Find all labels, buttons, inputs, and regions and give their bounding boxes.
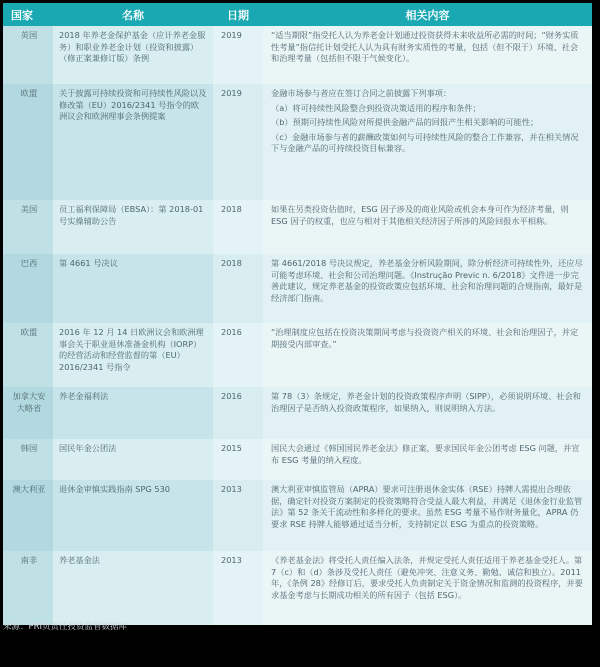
- header-country: 国家: [3, 3, 53, 26]
- cell-name: 关于披露可持续投资和可持续性风险以及修改第（EU）2016/2341 号指令的欧…: [53, 84, 213, 200]
- cell-content: 国民大会通过《韩国国民养老金法》修正案，要求国民年金公团考虑 ESG 问题，并宣…: [263, 439, 592, 480]
- table-row: 南非 养老基金法 2013 《养老基金法》将受托人责任编入法条，并规定受托人责任…: [3, 551, 592, 625]
- cell-country: 美国: [3, 200, 53, 254]
- cell-country: 加拿大安大略省: [3, 387, 53, 439]
- cell-date: 2018: [213, 200, 263, 254]
- table-header: 国家 名称 日期 相关内容: [3, 3, 592, 26]
- cell-date: 2016: [213, 323, 263, 387]
- cell-name: 2018 年养老金保护基金（应计养老金服务）和职业养老金计划（投资和披露）（修正…: [53, 26, 213, 84]
- cell-content: 如果在另类投资估值时，ESG 因子涉及的商业风险或机会本身可作为经济考量，则 E…: [263, 200, 592, 254]
- cell-content: 《养老基金法》将受托人责任编入法条，并规定受托人责任适用于养老基金受托人。第 7…: [263, 551, 592, 625]
- cell-name: 退休金审慎实践指南 SPG 530: [53, 480, 213, 551]
- table-row: 巴西 第 4661 号决议 2018 第 4661/2018 号决议规定，养老基…: [3, 254, 592, 323]
- cell-country: 南非: [3, 551, 53, 625]
- table-row: 澳大利亚 退休金审慎实践指南 SPG 530 2013 澳大利亚审慎监管局（AP…: [3, 480, 592, 551]
- cell-date: 2018: [213, 254, 263, 323]
- header-date: 日期: [213, 3, 263, 26]
- cell-content: 第 78（3）条规定，养老金计划的投资政策程序声明（SIPP），必须说明环境、社…: [263, 387, 592, 439]
- source-note: 来源：PRI负责任投资监管数据库: [3, 620, 127, 632]
- cell-name: 第 4661 号决议: [53, 254, 213, 323]
- cell-date: 2016: [213, 387, 263, 439]
- cell-name: 国民年金公团法: [53, 439, 213, 480]
- header-content: 相关内容: [263, 3, 592, 26]
- cell-country: 欧盟: [3, 84, 53, 200]
- table-row: 韩国 国民年金公团法 2015 国民大会通过《韩国国民养老金法》修正案，要求国民…: [3, 439, 592, 480]
- table-row: 美国 员工福利保障局（EBSA）：第 2018-01 号实操辅助公告 2018 …: [3, 200, 592, 254]
- cell-content: 金融市场参与者应在签订合同之前披露下列事项： （a）将可持续性风险整合到投资决策…: [263, 84, 592, 200]
- table-row: 欧盟 2016 年 12 月 14 日欧洲议会和欧洲理事会关于职业退休准备金机构…: [3, 323, 592, 387]
- cell-date: 2019: [213, 84, 263, 200]
- cell-date: 2013: [213, 480, 263, 551]
- table-row: 英国 2018 年养老金保护基金（应计养老金服务）和职业养老金计划（投资和披露）…: [3, 26, 592, 84]
- cell-name: 2016 年 12 月 14 日欧洲议会和欧洲理事会关于职业退休准备金机构（IO…: [53, 323, 213, 387]
- cell-country: 英国: [3, 26, 53, 84]
- cell-country: 澳大利亚: [3, 480, 53, 551]
- cell-name: 员工福利保障局（EBSA）：第 2018-01 号实操辅助公告: [53, 200, 213, 254]
- cell-date: 2015: [213, 439, 263, 480]
- cell-country: 韩国: [3, 439, 53, 480]
- cell-name: 养老基金法: [53, 551, 213, 625]
- cell-content: “治理制度应包括在投资决策期间考虑与投资资产相关的环境、社会和治理因子，并定期接…: [263, 323, 592, 387]
- table-row: 加拿大安大略省 养老金福利法 2016 第 78（3）条规定，养老金计划的投资政…: [3, 387, 592, 439]
- header-name: 名称: [53, 3, 213, 26]
- cell-country: 欧盟: [3, 323, 53, 387]
- cell-content: “适当期限”指受托人认为养老金计划通过投资获得未来收益所必需的时间；“财务实质性…: [263, 26, 592, 84]
- cell-name: 养老金福利法: [53, 387, 213, 439]
- cell-content: 第 4661/2018 号决议规定，养老基金分析风险期间，除分析经济可持续性外，…: [263, 254, 592, 323]
- regulation-table: 国家 名称 日期 相关内容 英国 2018 年养老金保护基金（应计养老金服务）和…: [3, 3, 592, 625]
- cell-date: 2019: [213, 26, 263, 84]
- cell-country: 巴西: [3, 254, 53, 323]
- cell-date: 2013: [213, 551, 263, 625]
- table-row: 欧盟 关于披露可持续投资和可持续性风险以及修改第（EU）2016/2341 号指…: [3, 84, 592, 200]
- cell-content: 澳大利亚审慎监管局（APRA）要求可注册退休金实体（RSE）持牌人需提出合理依据…: [263, 480, 592, 551]
